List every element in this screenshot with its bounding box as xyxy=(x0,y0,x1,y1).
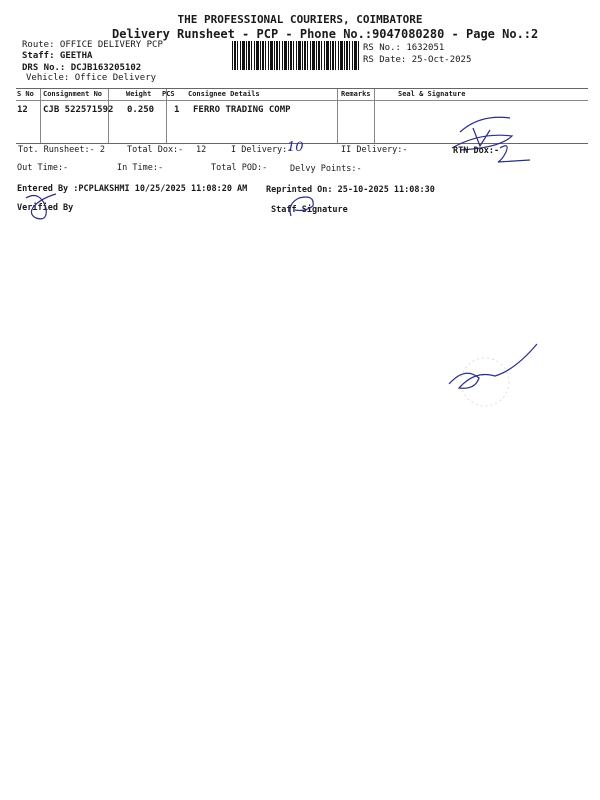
total-pod: Total POD:- xyxy=(211,163,267,173)
cell-consignee: FERRO TRADING COMP xyxy=(193,105,291,115)
col-header-weight: Weight xyxy=(126,90,151,98)
cell-consignment: CJB 522571592 xyxy=(43,105,113,115)
staff-signature-icon xyxy=(285,192,325,220)
total-dox-label: Total Dox:- xyxy=(127,145,183,155)
out-time: Out Time:- xyxy=(17,163,68,173)
verified-signature-icon xyxy=(22,188,62,228)
vehicle-info: Vehicle: Office Delivery xyxy=(26,73,156,83)
cell-pcs: 1 xyxy=(174,105,179,115)
cell-sno: 12 xyxy=(17,105,28,115)
col-divider xyxy=(337,89,338,143)
in-time: In Time:- xyxy=(117,163,163,173)
stamp-signature-icon xyxy=(445,340,540,410)
i-delivery: I Delivery:- xyxy=(231,145,292,155)
col-header-seal: Seal & Signature xyxy=(398,90,465,98)
i-delivery-handwritten: 10 xyxy=(287,140,304,155)
header-divider xyxy=(16,100,588,101)
drs-number: DRS No.: DCJB163205102 xyxy=(22,63,141,73)
cell-weight: 0.250 xyxy=(127,105,154,115)
col-divider xyxy=(40,89,41,143)
route-info: Route: OFFICE DELIVERY PCP xyxy=(22,40,163,50)
company-title: THE PROFESSIONAL COURIERS, COIMBATORE xyxy=(0,13,600,26)
rs-date: RS Date: 25-Oct-2025 xyxy=(363,55,471,65)
col-divider xyxy=(108,89,109,143)
col-header-consignment: Consignment No xyxy=(43,90,102,98)
rs-number: RS No.: 1632051 xyxy=(363,43,444,53)
col-header-pcs: PCS xyxy=(162,90,175,98)
tot-runsheet: Tot. Runsheet:- 2 xyxy=(18,145,105,155)
barcode-image xyxy=(232,41,360,70)
runsheet-subtitle: Delivery Runsheet - PCP - Phone No.:9047… xyxy=(112,27,538,41)
rtn-dox-handwritten-icon xyxy=(490,140,535,165)
staff-info: Staff: GEETHA xyxy=(22,51,92,61)
ii-delivery: II Delivery:- xyxy=(341,145,408,155)
col-header-remarks: Remarks xyxy=(341,90,371,98)
col-header-sno: S No xyxy=(17,90,34,98)
total-dox-value: 12 xyxy=(196,145,206,155)
col-divider xyxy=(374,89,375,143)
col-header-consignee: Consignee Details xyxy=(188,90,260,98)
delvy-points: Delvy Points:- xyxy=(290,164,362,174)
